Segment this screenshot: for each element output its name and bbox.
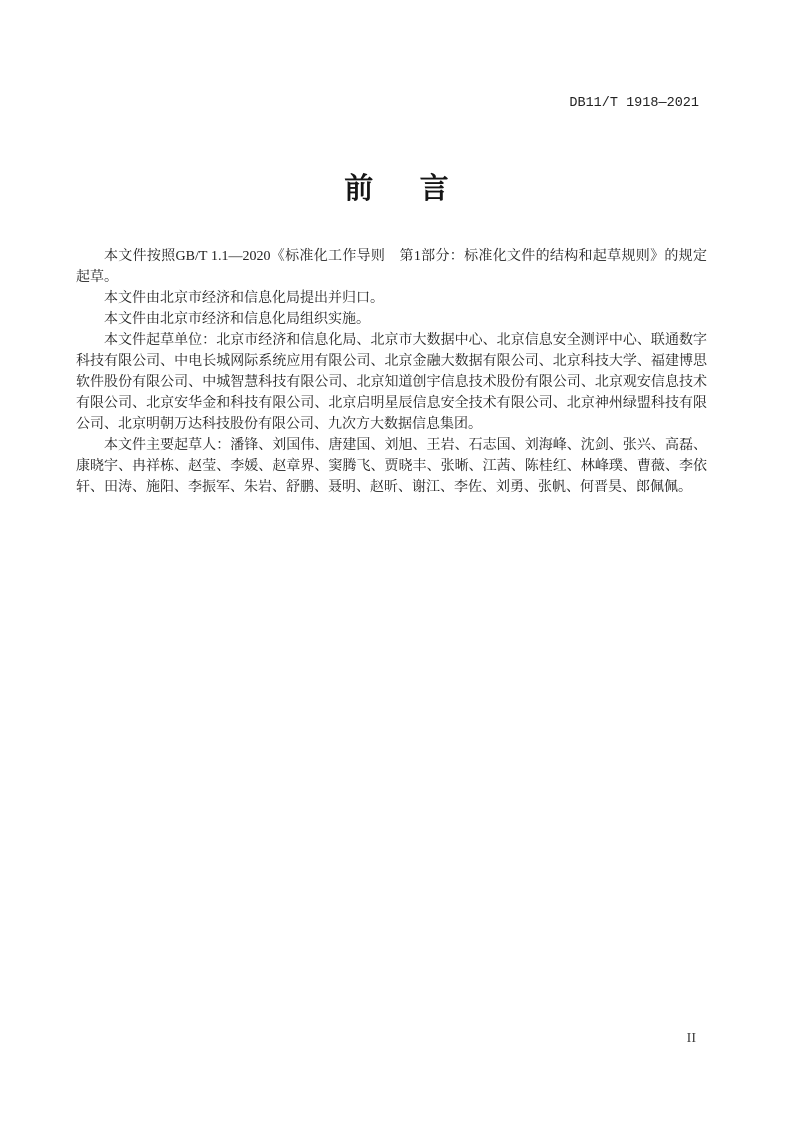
standard-code: DB11/T 1918—2021 xyxy=(569,96,699,111)
page-number: II xyxy=(687,1031,696,1047)
page-title: 前言 xyxy=(0,166,793,207)
foreword-body: 本文件按照GB/T 1.1—2020《标准化工作导则 第1部分：标准化文件的结构… xyxy=(76,246,707,498)
paragraph-drafting-organizations: 本文件起草单位：北京市经济和信息化局、北京市大数据中心、北京信息安全测评中心、联… xyxy=(76,330,707,435)
paragraph-drafting-rules: 本文件按照GB/T 1.1—2020《标准化工作导则 第1部分：标准化文件的结构… xyxy=(76,246,707,288)
paragraph-proposed-by: 本文件由北京市经济和信息化局提出并归口。 xyxy=(76,288,707,309)
document-page: DB11/T 1918—2021 前言 本文件按照GB/T 1.1—2020《标… xyxy=(0,0,793,1122)
paragraph-implemented-by: 本文件由北京市经济和信息化局组织实施。 xyxy=(76,309,707,330)
paragraph-main-drafters: 本文件主要起草人：潘锋、刘国伟、唐建国、刘旭、王岩、石志国、刘海峰、沈剑、张兴、… xyxy=(76,435,707,498)
